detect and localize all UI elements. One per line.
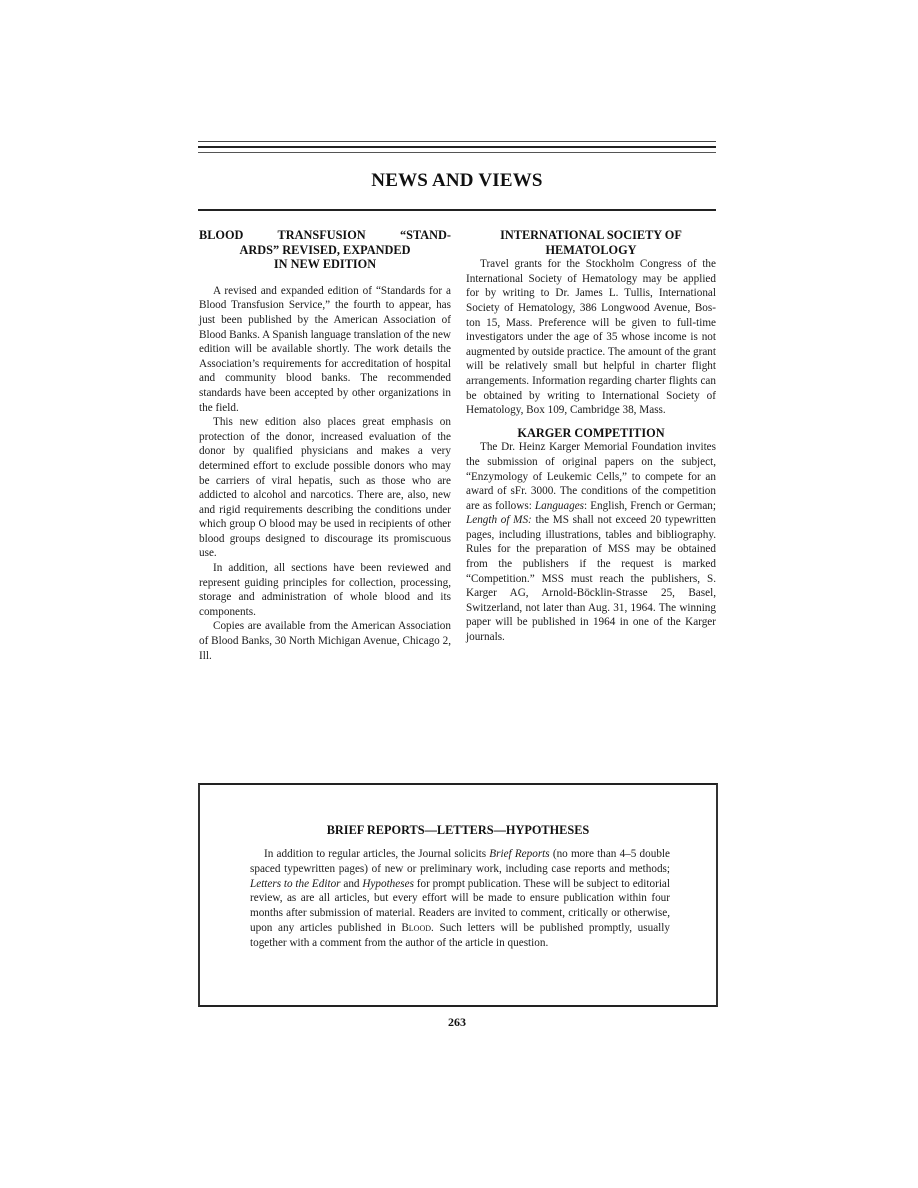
title-line: HEMATOLOGY bbox=[466, 243, 716, 258]
italic-text: Languages bbox=[535, 500, 584, 512]
paragraph: In addition to regular articles, the Jou… bbox=[250, 847, 670, 951]
right-column: INTERNATIONAL SOCIETY OF HEMATOLOGY Trav… bbox=[466, 228, 716, 645]
paragraph: In addition, all sections have been re­v… bbox=[199, 561, 451, 619]
italic-text: Hypotheses bbox=[362, 878, 414, 890]
left-column: BLOOD TRANSFUSION “STAND- ARDS” REVISED,… bbox=[199, 228, 451, 663]
top-rule-thick bbox=[198, 146, 716, 148]
title-line: BLOOD TRANSFUSION “STAND- bbox=[199, 228, 451, 243]
page-number: 263 bbox=[198, 1015, 716, 1030]
italic-text: Length of MS: bbox=[466, 514, 532, 526]
paragraph: The Dr. Heinz Karger Memorial Founda­tio… bbox=[466, 440, 716, 644]
title-line: IN NEW EDITION bbox=[199, 257, 451, 272]
title-rule bbox=[198, 209, 716, 211]
section-title: NEWS AND VIEWS bbox=[198, 170, 716, 192]
top-rule-thin bbox=[198, 141, 716, 142]
italic-text: Letters to the Editor bbox=[250, 878, 341, 890]
text: the MS shall not exceed 20 typewritten p… bbox=[466, 514, 716, 643]
paragraph: Copies are available from the American A… bbox=[199, 619, 451, 663]
text: and bbox=[341, 878, 363, 890]
article-title-blood-transfusion: BLOOD TRANSFUSION “STAND- ARDS” REVISED,… bbox=[199, 228, 451, 272]
box-title: BRIEF REPORTS—LETTERS—HYPOTHESES bbox=[200, 823, 716, 838]
italic-text: Brief Reports bbox=[489, 848, 549, 860]
article-title-karger-competition: KARGER COMPETITION bbox=[466, 426, 716, 441]
text: In addition to regular articles, the Jou… bbox=[264, 848, 489, 860]
top-rule-thin-lower bbox=[198, 152, 716, 153]
text: : English, French or German; bbox=[584, 500, 716, 512]
title-line: ARDS” REVISED, EXPANDED bbox=[199, 243, 451, 258]
journal-name: Blood bbox=[401, 922, 431, 934]
paragraph: Travel grants for the Stockholm Con­gres… bbox=[466, 257, 716, 418]
paragraph: This new edition also places great em­ph… bbox=[199, 415, 451, 561]
brief-reports-box: BRIEF REPORTS—LETTERS—HYPOTHESES In addi… bbox=[198, 783, 718, 1007]
title-line: INTERNATIONAL SOCIETY OF bbox=[466, 228, 716, 243]
paragraph: A revised and expanded edition of “Stand… bbox=[199, 284, 451, 415]
article-title-hematology-society: INTERNATIONAL SOCIETY OF HEMATOLOGY bbox=[466, 228, 716, 257]
box-text: In addition to regular articles, the Jou… bbox=[250, 847, 670, 951]
